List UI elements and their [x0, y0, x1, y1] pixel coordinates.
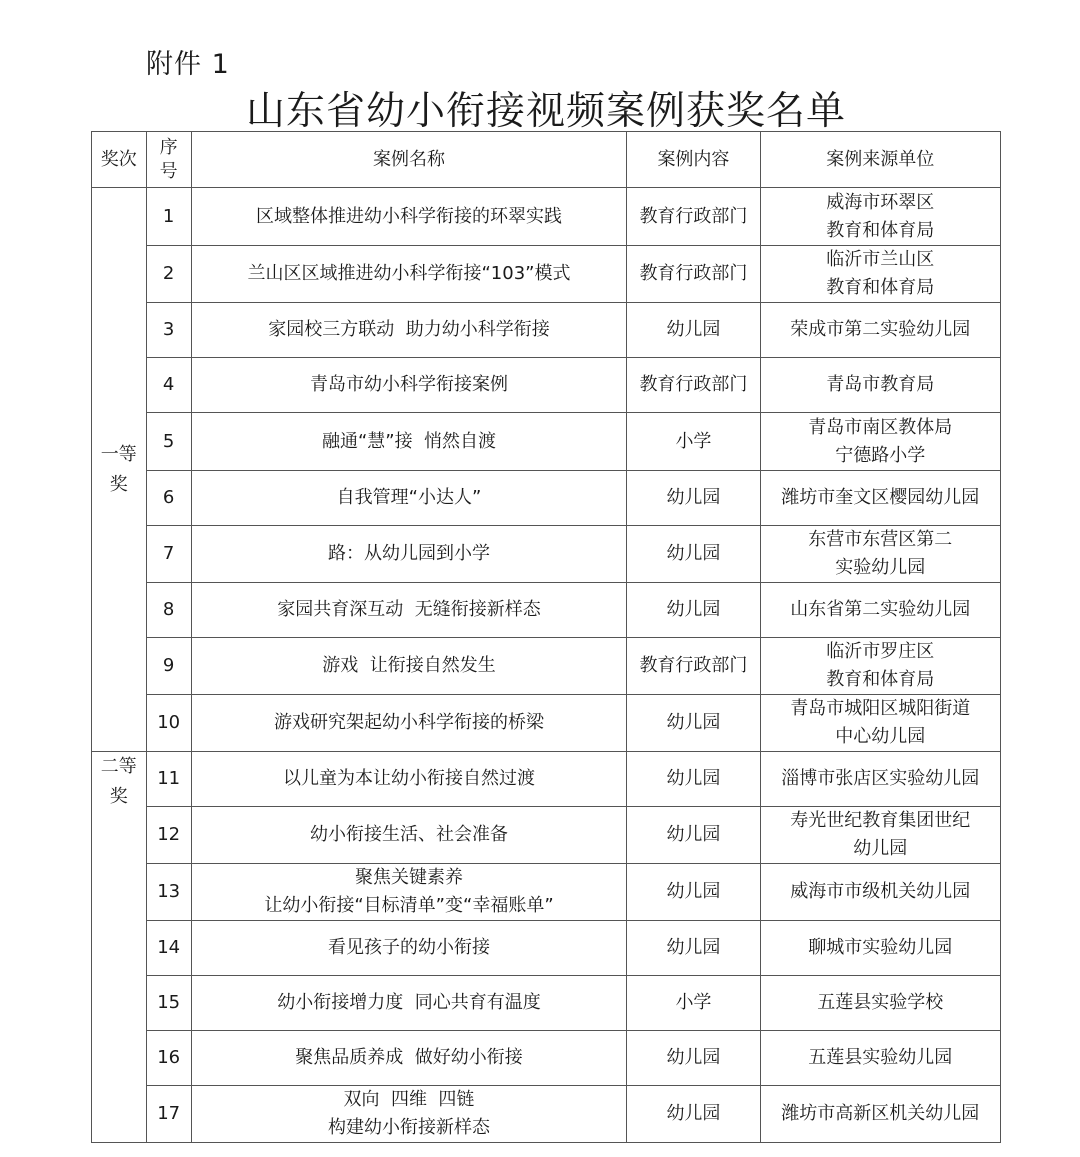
cell-case-name: 家园共育深互动 无缝衔接新样态 — [191, 583, 627, 638]
cell-no: 11 — [146, 752, 191, 807]
cell-case-name: 双向 四维 四链构建幼小衔接新样态 — [191, 1086, 627, 1143]
cell-case-name: 看见孩子的幼小衔接 — [191, 921, 627, 976]
cell-no: 3 — [146, 303, 191, 358]
cell-source-unit: 潍坊市高新区机关幼儿园 — [760, 1086, 1000, 1143]
cell-source-unit: 五莲县实验幼儿园 — [760, 1031, 1000, 1086]
table-row: 7路：从幼儿园到小学幼儿园东营市东营区第二实验幼儿园 — [92, 526, 1001, 583]
cell-no: 10 — [146, 695, 191, 752]
cell-source-unit: 荣成市第二实验幼儿园 — [760, 303, 1000, 358]
header-name: 案例名称 — [191, 132, 627, 188]
prize-first: 一等奖 — [92, 188, 147, 752]
cell-no: 16 — [146, 1031, 191, 1086]
cell-source-unit: 临沂市兰山区教育和体育局 — [760, 246, 1000, 303]
cell-no: 2 — [146, 246, 191, 303]
cell-case-name: 幼小衔接增力度 同心共育有温度 — [191, 976, 627, 1031]
prize-label: 奖 — [96, 782, 142, 812]
table-header-row: 奖次 序号 案例名称 案例内容 案例来源单位 — [92, 132, 1001, 188]
cell-case-type: 幼儿园 — [627, 1086, 760, 1143]
cell-case-type: 教育行政部门 — [627, 358, 760, 413]
cell-no: 8 — [146, 583, 191, 638]
table-row: 5融通“慧”接 悄然自渡小学青岛市南区教体局宁德路小学 — [92, 413, 1001, 471]
cell-case-name: 兰山区区域推进幼小科学衔接“103”模式 — [191, 246, 627, 303]
cell-no: 14 — [146, 921, 191, 976]
cell-no: 7 — [146, 526, 191, 583]
table-row: 8家园共育深互动 无缝衔接新样态幼儿园山东省第二实验幼儿园 — [92, 583, 1001, 638]
header-no-char: 号 — [151, 160, 187, 184]
cell-source-unit: 青岛市城阳区城阳街道中心幼儿园 — [760, 695, 1000, 752]
header-prize: 奖次 — [92, 132, 147, 188]
table-row: 二等奖11以儿童为本让幼小衔接自然过渡幼儿园淄博市张店区实验幼儿园 — [92, 752, 1001, 807]
cell-source-unit: 东营市东营区第二实验幼儿园 — [760, 526, 1000, 583]
cell-case-name: 以儿童为本让幼小衔接自然过渡 — [191, 752, 627, 807]
cell-source-unit: 潍坊市奎文区樱园幼儿园 — [760, 471, 1000, 526]
prize-label: 奖 — [96, 470, 142, 500]
header-no: 序号 — [146, 132, 191, 188]
cell-source-unit: 青岛市教育局 — [760, 358, 1000, 413]
cell-case-name: 自我管理“小达人” — [191, 471, 627, 526]
cell-case-type: 幼儿园 — [627, 303, 760, 358]
cell-case-type: 幼儿园 — [627, 695, 760, 752]
cell-case-type: 幼儿园 — [627, 471, 760, 526]
cell-case-type: 幼儿园 — [627, 807, 760, 864]
table-row: 15幼小衔接增力度 同心共育有温度小学五莲县实验学校 — [92, 976, 1001, 1031]
cell-no: 1 — [146, 188, 191, 246]
cell-no: 15 — [146, 976, 191, 1031]
cell-no: 13 — [146, 864, 191, 921]
header-source: 案例来源单位 — [760, 132, 1000, 188]
cell-case-name: 游戏 让衔接自然发生 — [191, 638, 627, 695]
table-row: 3家园校三方联动 助力幼小科学衔接幼儿园荣成市第二实验幼儿园 — [92, 303, 1001, 358]
cell-no: 5 — [146, 413, 191, 471]
cell-case-type: 幼儿园 — [627, 864, 760, 921]
cell-case-type: 小学 — [627, 976, 760, 1031]
cell-source-unit: 临沂市罗庄区教育和体育局 — [760, 638, 1000, 695]
header-no-char: 序 — [151, 136, 187, 160]
table-row: 一等奖1区域整体推进幼小科学衔接的环翠实践教育行政部门威海市环翠区教育和体育局 — [92, 188, 1001, 246]
cell-no: 4 — [146, 358, 191, 413]
cell-case-type: 小学 — [627, 413, 760, 471]
table-row: 13聚焦关键素养让幼小衔接“目标清单”变“幸福账单”幼儿园威海市市级机关幼儿园 — [92, 864, 1001, 921]
attachment-label: 附件 1 — [146, 42, 230, 81]
awards-table: 奖次 序号 案例名称 案例内容 案例来源单位 一等奖1区域整体推进幼小科学衔接的… — [91, 131, 1001, 1143]
cell-source-unit: 五莲县实验学校 — [760, 976, 1000, 1031]
cell-case-name: 游戏研究架起幼小科学衔接的桥梁 — [191, 695, 627, 752]
table-row: 2兰山区区域推进幼小科学衔接“103”模式教育行政部门临沂市兰山区教育和体育局 — [92, 246, 1001, 303]
cell-case-name: 家园校三方联动 助力幼小科学衔接 — [191, 303, 627, 358]
table-row: 16聚焦品质养成 做好幼小衔接幼儿园五莲县实验幼儿园 — [92, 1031, 1001, 1086]
cell-case-name: 青岛市幼小科学衔接案例 — [191, 358, 627, 413]
cell-case-type: 幼儿园 — [627, 752, 760, 807]
cell-source-unit: 青岛市南区教体局宁德路小学 — [760, 413, 1000, 471]
table-row: 10游戏研究架起幼小科学衔接的桥梁幼儿园青岛市城阳区城阳街道中心幼儿园 — [92, 695, 1001, 752]
cell-source-unit: 淄博市张店区实验幼儿园 — [760, 752, 1000, 807]
cell-case-type: 幼儿园 — [627, 921, 760, 976]
table-row: 9游戏 让衔接自然发生教育行政部门临沂市罗庄区教育和体育局 — [92, 638, 1001, 695]
cell-case-type: 幼儿园 — [627, 526, 760, 583]
cell-source-unit: 寿光世纪教育集团世纪幼儿园 — [760, 807, 1000, 864]
cell-case-type: 教育行政部门 — [627, 188, 760, 246]
cell-source-unit: 威海市市级机关幼儿园 — [760, 864, 1000, 921]
table-row: 6自我管理“小达人”幼儿园潍坊市奎文区樱园幼儿园 — [92, 471, 1001, 526]
cell-case-name: 聚焦品质养成 做好幼小衔接 — [191, 1031, 627, 1086]
cell-source-unit: 聊城市实验幼儿园 — [760, 921, 1000, 976]
table-row: 17双向 四维 四链构建幼小衔接新样态幼儿园潍坊市高新区机关幼儿园 — [92, 1086, 1001, 1143]
prize-label: 一等 — [96, 440, 142, 470]
document-title: 山东省幼小衔接视频案例获奖名单 — [0, 80, 1080, 136]
cell-source-unit: 山东省第二实验幼儿园 — [760, 583, 1000, 638]
cell-no: 6 — [146, 471, 191, 526]
cell-case-name: 聚焦关键素养让幼小衔接“目标清单”变“幸福账单” — [191, 864, 627, 921]
cell-case-type: 幼儿园 — [627, 583, 760, 638]
prize-second: 二等奖 — [92, 752, 147, 1143]
table-row: 14看见孩子的幼小衔接幼儿园聊城市实验幼儿园 — [92, 921, 1001, 976]
cell-case-name: 路：从幼儿园到小学 — [191, 526, 627, 583]
cell-case-type: 教育行政部门 — [627, 246, 760, 303]
cell-source-unit: 威海市环翠区教育和体育局 — [760, 188, 1000, 246]
header-type: 案例内容 — [627, 132, 760, 188]
table-row: 12幼小衔接生活、社会准备幼儿园寿光世纪教育集团世纪幼儿园 — [92, 807, 1001, 864]
cell-no: 12 — [146, 807, 191, 864]
prize-label: 二等 — [96, 752, 142, 782]
cell-no: 9 — [146, 638, 191, 695]
table-row: 4青岛市幼小科学衔接案例教育行政部门青岛市教育局 — [92, 358, 1001, 413]
cell-case-type: 教育行政部门 — [627, 638, 760, 695]
cell-case-name: 幼小衔接生活、社会准备 — [191, 807, 627, 864]
cell-case-name: 区域整体推进幼小科学衔接的环翠实践 — [191, 188, 627, 246]
cell-case-name: 融通“慧”接 悄然自渡 — [191, 413, 627, 471]
cell-no: 17 — [146, 1086, 191, 1143]
cell-case-type: 幼儿园 — [627, 1031, 760, 1086]
